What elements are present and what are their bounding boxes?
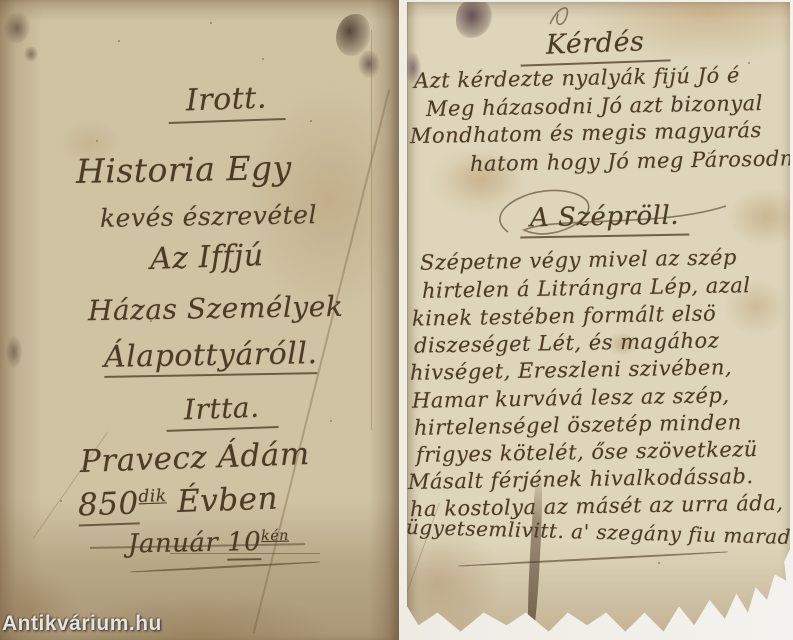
ink-blot xyxy=(4,12,30,44)
title-word: Álapottyáróll. xyxy=(104,336,318,378)
left-page: Irott. Historia Egy kevés észrevétel Az … xyxy=(0,0,399,640)
byline-word: Irtta. xyxy=(165,390,278,432)
ink-speck xyxy=(262,58,264,60)
year-number: 850 xyxy=(77,485,139,526)
text-run: hirtelen á Litrángra Lép, azal xyxy=(422,273,751,303)
title-word: Az Iffjú xyxy=(149,238,264,277)
manuscript-line: Mondhatom és megis magyarás xyxy=(410,118,762,148)
text-run: hirtelenségel öszetép minden xyxy=(414,410,742,440)
text-run: diszeséget Lét, és magához xyxy=(414,328,720,357)
manuscript-line: kinek testében formált elsö xyxy=(412,301,717,330)
text-run: Szépetne végy mivel az szép xyxy=(420,245,737,275)
manuscript-line: ügyetsemlivitt. a' szegány fiu marad. xyxy=(406,515,793,549)
heading-word: A Szépröll. xyxy=(520,201,690,239)
manuscript-line: Hamar kurvává lesz az szép, xyxy=(412,383,730,413)
manuscript-line: Historia Egy xyxy=(76,148,292,191)
author-word: Pravecz Ádám xyxy=(79,436,310,480)
date-line: Január 10kén xyxy=(128,527,290,560)
date-word: Január xyxy=(128,528,219,560)
ink-speck xyxy=(118,40,120,42)
manuscript-line: hivséget, Ereszleni szivében, xyxy=(410,355,732,385)
ink-blot xyxy=(24,46,38,62)
year-ordinal-suffix: dik xyxy=(138,486,167,507)
manuscript-line: Meg házasodni Jó azt bizonyal xyxy=(426,91,763,121)
text-run: kinek testében formált elsö xyxy=(412,301,717,330)
title-word: Irott. xyxy=(167,80,285,124)
manuscript-line: Azt kérdezte nyalyák fijú Jó é xyxy=(414,63,740,93)
author-name: Pravecz Ádám xyxy=(79,436,310,480)
ink-speck xyxy=(310,120,312,122)
manuscript-line: Irott. xyxy=(167,80,285,124)
manuscript-line: Szépetne végy mivel az szép xyxy=(420,245,737,275)
manuscript-line: kevés észrevétel xyxy=(100,200,317,233)
year-line: 850dik Évben xyxy=(77,481,278,524)
antikvarium-watermark: Antikvárium.hu xyxy=(2,612,162,636)
manuscript-line: hirtelenségel öszetép minden xyxy=(414,410,742,440)
manuscript-line: Az Iffjú xyxy=(149,238,264,277)
section-heading-szeproll: A Szépröll. xyxy=(520,201,690,239)
year-word: Évben xyxy=(177,481,279,520)
ink-speck xyxy=(748,62,750,64)
manuscript-line: hirtelen á Litrángra Lép, azal xyxy=(422,273,751,303)
section-heading-kerdes: Kérdés xyxy=(519,25,671,66)
ink-speck xyxy=(210,22,212,24)
text-run: hatom hogy Jó meg Párosodni. xyxy=(470,146,793,176)
ink-blot xyxy=(456,0,492,38)
ink-speck xyxy=(330,420,332,422)
underline-flourish xyxy=(458,551,728,567)
title-word: Házas Személyek xyxy=(88,290,344,327)
manuscript-line: frigyes kötelét, őse szövetkezü xyxy=(416,437,758,467)
manuscript-line: Házas Személyek xyxy=(88,290,344,327)
manuscript-scan: Irott. Historia Egy kevés észrevétel Az … xyxy=(0,0,793,640)
ink-speck xyxy=(658,562,660,564)
text-run: Azt kérdezte nyalyák fijú Jó é xyxy=(414,63,740,93)
ink-speck xyxy=(96,140,98,142)
text-run: frigyes kötelét, őse szövetkezü xyxy=(416,437,758,467)
text-run: hivséget, Ereszleni szivében, xyxy=(410,355,732,385)
heading-word: Kérdés xyxy=(519,25,671,66)
title-word: Historia Egy xyxy=(76,148,292,191)
ink-blot xyxy=(358,50,380,78)
right-page: Kérdés Azt kérdezte nyalyák fijú Jó é Me… xyxy=(407,2,790,638)
manuscript-line: hatom hogy Jó meg Párosodni. xyxy=(470,146,793,176)
date-number: 10 xyxy=(227,527,262,561)
title-word: kevés észrevétel xyxy=(100,200,317,233)
date-suffix: kén xyxy=(261,528,289,544)
text-run: Másalt férjének hivalkodássab. xyxy=(408,464,754,494)
underline-flourish xyxy=(130,561,320,572)
manuscript-line: diszeséget Lét, és magához xyxy=(414,328,720,357)
ink-blot xyxy=(6,336,22,368)
text-run: Mondhatom és megis magyarás xyxy=(410,118,762,148)
text-run: Meg házasodni Jó azt bizonyal xyxy=(426,91,763,121)
manuscript-line: Másalt férjének hivalkodássab. xyxy=(408,464,754,494)
margin-line xyxy=(371,30,372,430)
manuscript-line: Irtta. xyxy=(165,390,278,432)
text-run: Hamar kurvává lesz az szép, xyxy=(412,383,730,413)
manuscript-line: Álapottyáróll. xyxy=(104,336,318,375)
text-run: ügyetsemlivitt. a' szegány fiu marad. xyxy=(406,515,793,549)
